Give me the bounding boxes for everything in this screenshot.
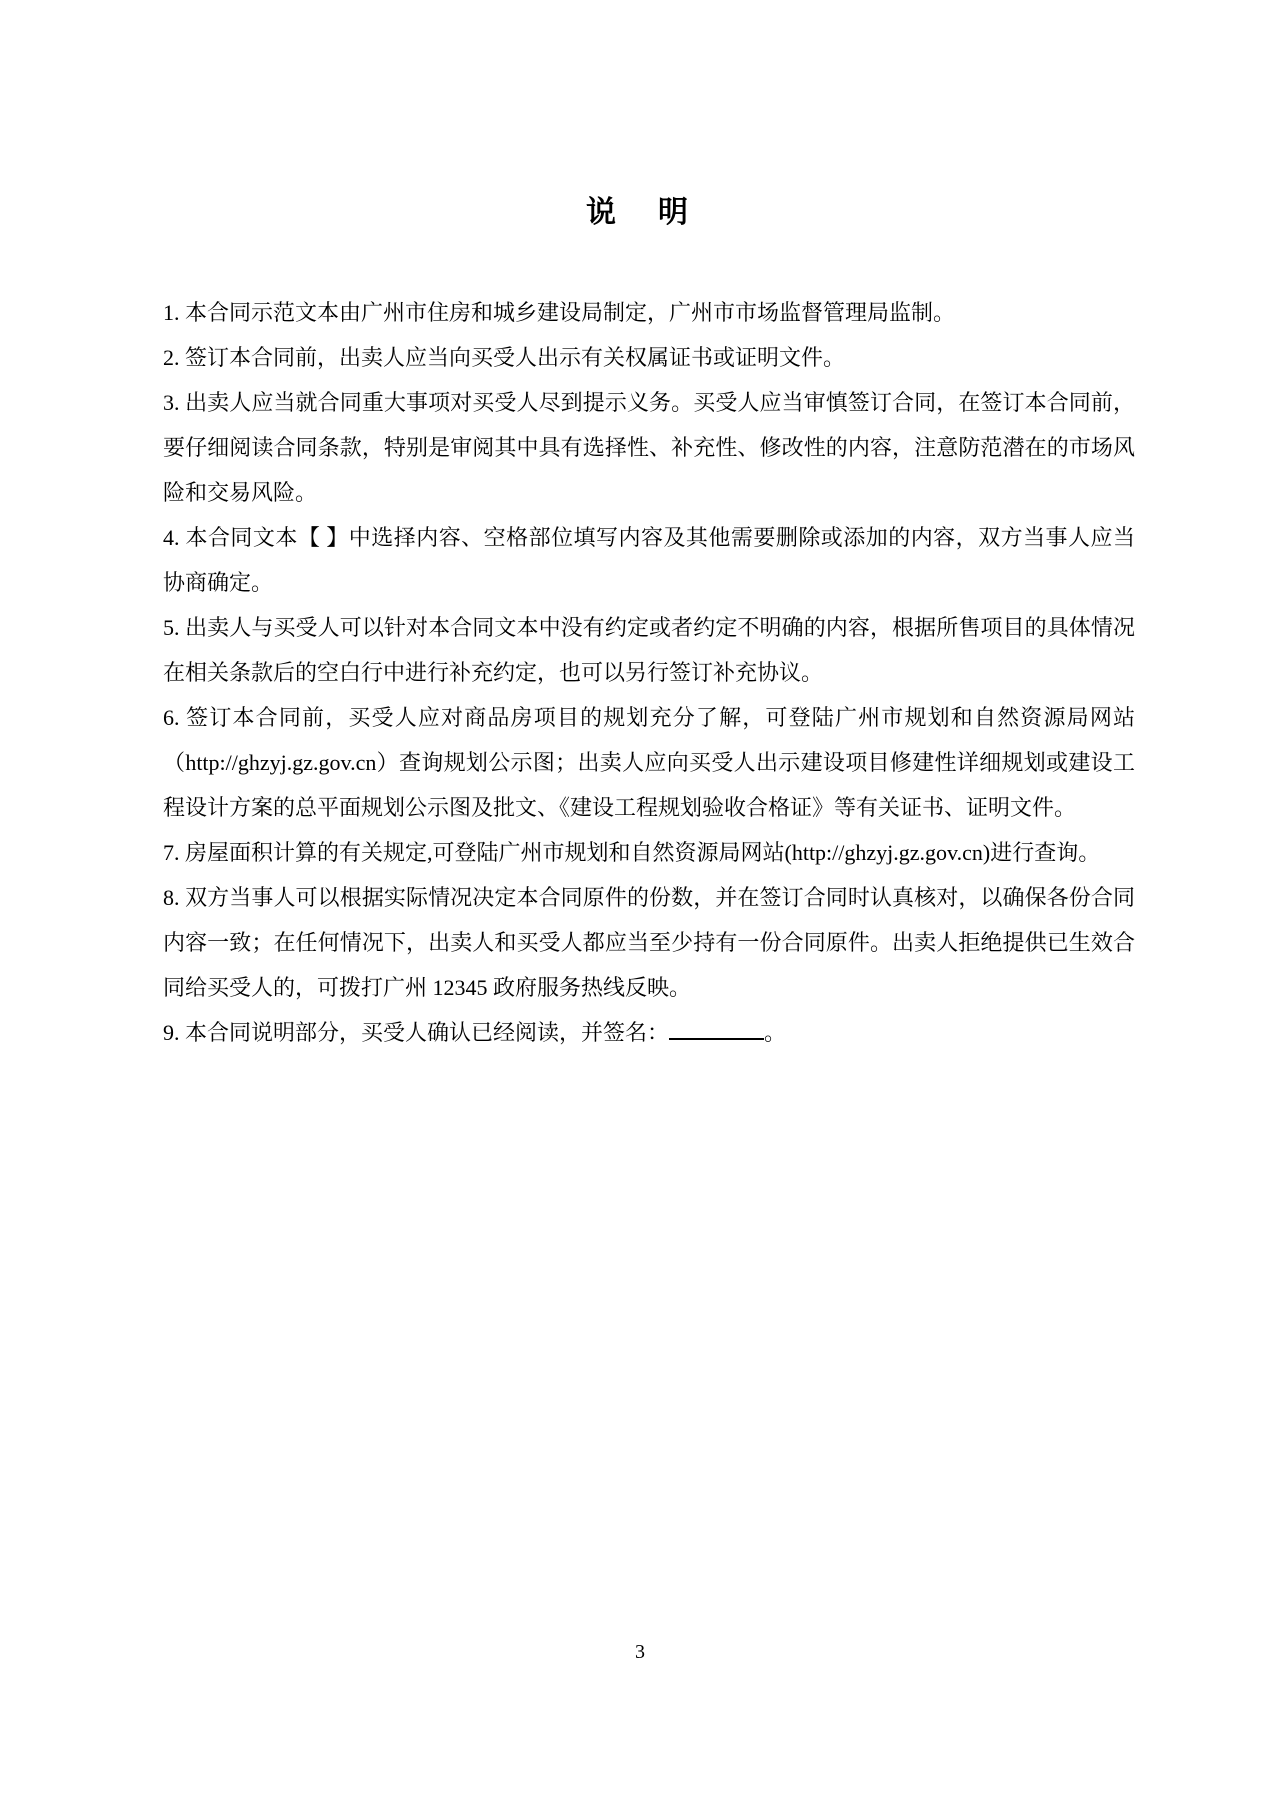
document-page: 说 明 1. 本合同示范文本由广州市住房和城乡建设局制定，广州市市场监督管理局监… <box>0 0 1280 1810</box>
notes-item-3: 3. 出卖人应当就合同重大事项对买受人尽到提示义务。买受人应当审慎签订合同，在签… <box>163 380 1135 515</box>
notes-item-8: 8. 双方当事人可以根据实际情况决定本合同原件的份数，并在签订合同时认真核对，以… <box>163 875 1135 1010</box>
page-number: 3 <box>0 1640 1280 1664</box>
notes-item-6: 6. 签订本合同前，买受人应对商品房项目的规划充分了解，可登陆广州市规划和自然资… <box>163 695 1135 830</box>
notes-item-5: 5. 出卖人与买受人可以针对本合同文本中没有约定或者约定不明确的内容，根据所售项… <box>163 605 1135 695</box>
notes-item-1: 1. 本合同示范文本由广州市住房和城乡建设局制定，广州市市场监督管理局监制。 <box>163 290 1135 335</box>
page-title: 说 明 <box>0 0 1280 230</box>
notes-item-7: 7. 房屋面积计算的有关规定,可登陆广州市规划和自然资源局网站(http://g… <box>163 830 1135 875</box>
signature-blank-line <box>669 1018 764 1040</box>
notes-section: 1. 本合同示范文本由广州市住房和城乡建设局制定，广州市市场监督管理局监制。 2… <box>0 290 1280 1055</box>
notes-item-2: 2. 签订本合同前，出卖人应当向买受人出示有关权属证书或证明文件。 <box>163 335 1135 380</box>
notes-item-9: 9. 本合同说明部分，买受人确认已经阅读，并签名：。 <box>163 1010 1135 1055</box>
notes-item-9-period: 。 <box>764 1020 786 1045</box>
notes-item-9-text: 9. 本合同说明部分，买受人确认已经阅读，并签名： <box>163 1020 669 1045</box>
notes-item-4: 4. 本合同文本【 】中选择内容、空格部位填写内容及其他需要删除或添加的内容，双… <box>163 515 1135 605</box>
